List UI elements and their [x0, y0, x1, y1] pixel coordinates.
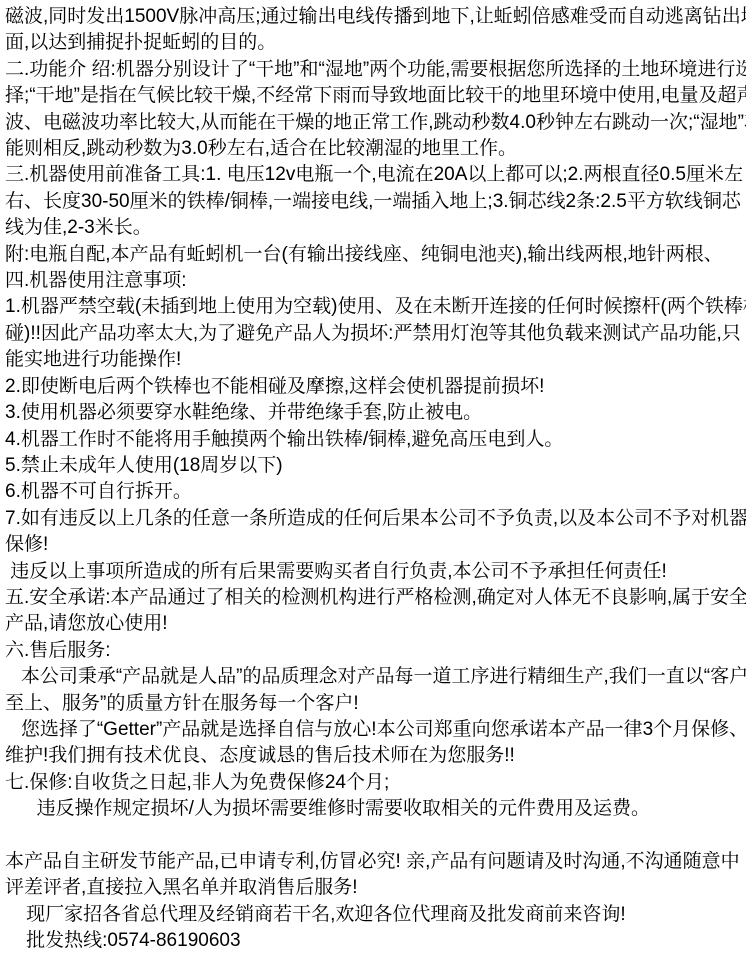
text-line-32 [5, 823, 746, 849]
text-line-26: 本公司秉承“产品就是人品”的品质理念对产品每一道工序进行精细生产,我们一直以“客… [5, 664, 746, 690]
text-line-4: 择;“干地”是指在气候比较干燥,不经常下雨而导致地面比较干的地里环境中使用,电量… [5, 83, 746, 109]
text-line-34: 评差评者,直接拉入黑名单并取消售后服务! [5, 875, 746, 901]
text-line-12: 1.机器严禁空载(未插到地上使用为空载)使用、及在未断开连接的任何时候擦杆(两个… [5, 294, 746, 320]
text-line-6: 能则相反,跳动秒数为3.0秒左右,适合在比较潮湿的地里工作。 [5, 136, 746, 162]
text-line-17: 4.机器工作时不能将用手触摸两个输出铁棒/铜棒,避免高压电到人。 [5, 427, 746, 453]
text-line-16: 3.使用机器必须要穿水鞋绝缘、并带绝缘手套,防止被电。 [5, 400, 746, 426]
text-line-10: 附:电瓶自配,本产品有蚯蚓机一台(有输出接线座、纯铜电池夹),输出线两根,地针两… [5, 242, 746, 268]
text-line-14: 能实地进行功能操作! [5, 347, 746, 373]
text-line-30: 七.保修:自收货之日起,非人为免费保修24个月; [5, 770, 746, 796]
text-line-29: 维护!我们拥有技术优良、态度诚恳的售后技术师在为您服务!! [5, 743, 746, 769]
text-line-25: 六.售后服务: [5, 638, 746, 664]
text-line-1: 磁波,同时发出1500V脉冲高压;通过输出电线传播到地下,让蚯蚓倍感难受而自动逃… [5, 4, 746, 30]
text-line-15: 2.即使断电后两个铁棒也不能相碰及摩擦,这样会使机器提前损坏! [5, 374, 746, 400]
text-line-13: 碰)!!因此产品功率太大,为了避免产品人为损坏:严禁用灯泡等其他负载来测试产品功… [5, 321, 746, 347]
document-page: 磁波,同时发出1500V脉冲高压;通过输出电线传播到地下,让蚯蚓倍感难受而自动逃… [0, 0, 750, 957]
document-text: 磁波,同时发出1500V脉冲高压;通过输出电线传播到地下,让蚯蚓倍感难受而自动逃… [0, 0, 750, 955]
text-line-22: 违反以上事项所造成的所有后果需要购买者自行负责,本公司不予承担任何责任! [5, 559, 746, 585]
text-line-9: 线为佳,2-3米长。 [5, 215, 746, 241]
text-line-35: 现厂家招各省总代理及经销商若干名,欢迎各位代理商及批发商前来咨询! [5, 902, 746, 928]
text-line-8: 右、长度30-50厘米的铁棒/铜棒,一端接电线,一端插入地上;3.铜芯线2条:2… [5, 189, 746, 215]
text-line-23: 五.安全承诺:本产品通过了相关的检测机构进行严格检测,确定对人体无不良影响,属于… [5, 585, 746, 611]
text-line-2: 面,以达到捕捉扑捉蚯蚓的目的。 [5, 30, 746, 56]
text-line-7: 三.机器使用前准备工具:1. 电压12v电瓶一个,电流在20A以上都可以;2.两… [5, 162, 746, 188]
text-line-21: 保修! [5, 532, 746, 558]
text-line-24: 产品,请您放心使用! [5, 611, 746, 637]
text-line-3: 二.功能介 绍:机器分别设计了“干地”和“湿地”两个功能,需要根据您所选择的土地… [5, 57, 746, 83]
text-line-28: 您选择了“Getter”产品就是选择自信与放心!本公司郑重向您承诺本产品一律3个… [5, 717, 746, 743]
text-line-20: 7.如有违反以上几条的任意一条所造成的任何后果本公司不予负责,以及本公司不予对机… [5, 506, 746, 532]
text-line-18: 5.禁止未成年人使用(18周岁以下) [5, 453, 746, 479]
text-line-27: 至上、服务”的质量方针在服务每一个客户! [5, 691, 746, 717]
text-line-33: 本产品自主研发节能产品,已申请专利,仿冒必究! 亲,产品有问题请及时沟通,不沟通… [5, 849, 746, 875]
text-line-19: 6.机器不可自行拆开。 [5, 479, 746, 505]
text-line-5: 波、电磁波功率比较大,从而能在干燥的地正常工作,跳动秒数4.0秒钟左右跳动一次;… [5, 110, 746, 136]
text-line-31: 违反操作规定损坏/人为损坏需要维修时需要收取相关的元件费用及运费。 [5, 796, 746, 822]
text-line-36: 批发热线:0574-86190603 [5, 928, 746, 954]
text-line-11: 四.机器使用注意事项: [5, 268, 746, 294]
